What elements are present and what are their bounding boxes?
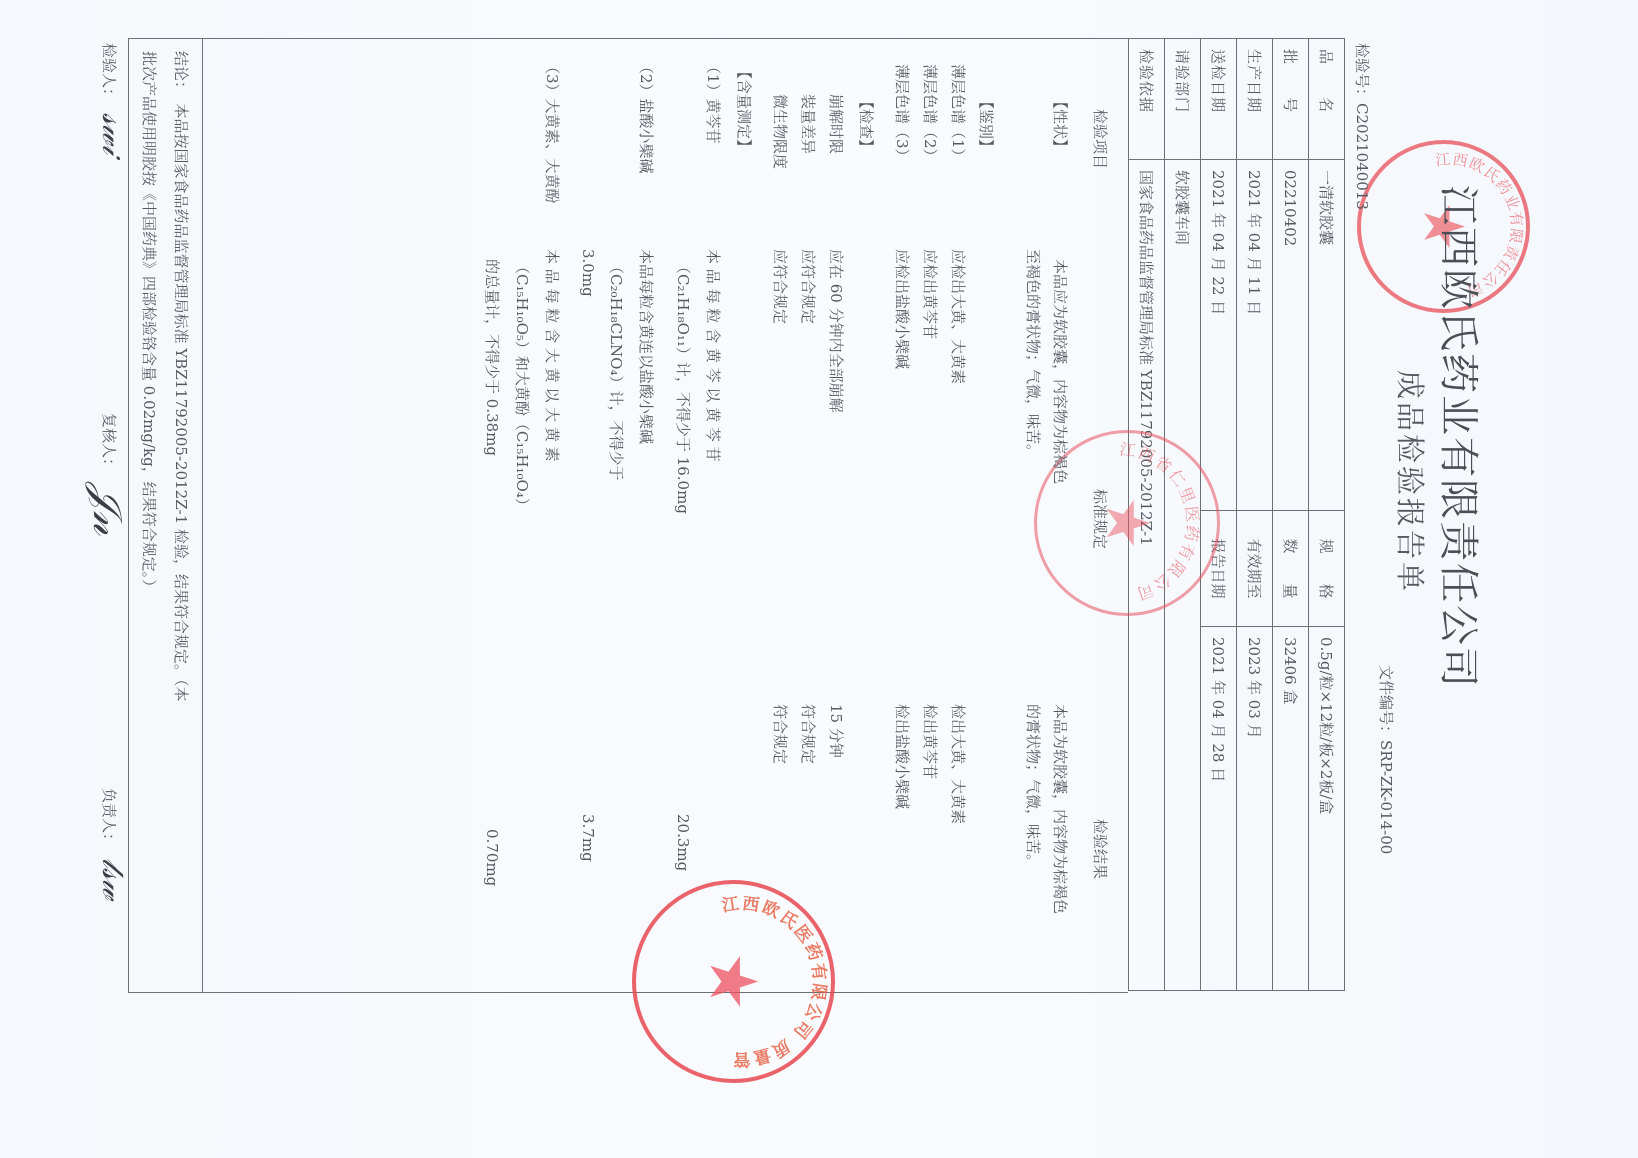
assay-item: （1）黄芩苷: [703, 59, 723, 144]
responsible-label: 负责人：: [99, 788, 120, 848]
insp-standard: 应符合规定: [798, 249, 818, 324]
id-result: 检出大黄、大黄素: [948, 704, 968, 824]
info-label: 品 名: [1309, 39, 1345, 160]
conclusion-line: 批次产品使用明胶按《中国药典》四部检验铬含量 0.02mg/kg，结果符合规定。…: [139, 51, 160, 594]
inspection-number: 检验号：C2021040013: [1352, 43, 1373, 210]
section-appearance: 【性状】: [1050, 94, 1070, 154]
assay-standard: （C₁₅H₁₀O₅）和大黄酚（C₁₅H₁₀O₄）: [512, 259, 532, 513]
info-value: 2021 年 04 月 28 日: [1201, 627, 1237, 991]
inspector-label: 检验人：: [99, 43, 120, 103]
appearance-standard: 至褐色的膏状物；气微，味苦。: [1023, 249, 1043, 459]
section-assay: 【含量测定】: [734, 64, 754, 154]
insp-standard: 应符合规定: [770, 249, 790, 324]
assay-standard: 本品每粒含黄连以盐酸小檗碱: [636, 249, 656, 444]
id-standard: 应检出盐酸小檗碱: [892, 249, 912, 369]
assay-standard: （C₂₁H₁₈O₁₁）计，不得少于 16.0mg: [673, 259, 693, 514]
id-standard: 应检出大黄、大黄素: [948, 249, 968, 384]
appearance-standard: 本品应为软胶囊，内容物为棕褐色: [1050, 259, 1070, 484]
inspection-report-page: 江西欧氏药业有限责任公司 ★ 江西欧氏药业有限责任公司 成品检验报告单 文件编号…: [50, 10, 1550, 1020]
insp-item: 微生物限度: [770, 94, 790, 169]
assay-result: 0.70mg: [482, 829, 502, 886]
info-label: 批 号: [1273, 39, 1309, 160]
reviewer-signature: 𝒥𝓃: [84, 483, 130, 535]
qa-seal-stamp: 江西欧氏医药有限公司 质量管理专用章 ★: [632, 880, 835, 1083]
id-item: 薄层色谱（3）: [892, 64, 912, 164]
appearance-result: 的膏状物；气微，味苦。: [1023, 704, 1043, 869]
assay-standard: 本 品 每 粒 含 黄 芩 以 黄 芩 苷: [703, 249, 723, 462]
id-result: 检出黄芩苷: [920, 704, 940, 779]
id-item: 薄层色谱（2）: [920, 64, 940, 164]
info-row: 批 号 02210402 数 量 32406 盒: [1273, 39, 1309, 991]
info-value: 2021 年 04 月 11 日: [1237, 160, 1273, 511]
reviewer-label: 复核人：: [99, 413, 120, 473]
insp-item: 崩解时限: [826, 94, 846, 154]
column-header-item: 检验项目: [1090, 109, 1110, 169]
info-label: 送检日期: [1201, 39, 1237, 160]
info-value: 02210402: [1273, 160, 1309, 511]
document-number-label: 文件编号：: [1377, 665, 1395, 740]
inspection-number-value: C2021040013: [1353, 103, 1371, 210]
assay-item: （3）大黄素、大黄酚: [542, 59, 562, 204]
insp-item: 装量差异: [798, 94, 818, 154]
appearance-result: 本品为软胶囊，内容物为棕褐色: [1050, 704, 1070, 914]
assay-standard: 的总量计，不得少于 0.38mg: [482, 259, 502, 456]
section-identification: 【鉴别】: [976, 94, 996, 154]
info-value: 32406 盒: [1273, 627, 1309, 991]
info-label: 请验部门: [1165, 39, 1201, 160]
assay-standard: 本 品 每 粒 含 大 黄 以 大 黄 素: [542, 249, 562, 462]
assay-item: （2）盐酸小檗碱: [636, 59, 656, 174]
conclusion-line: 结论： 本品按国家食品药品监督管理局标准 YBZ11792005-2012Z-1…: [171, 51, 192, 702]
section-inspection: 【检查】: [856, 94, 876, 154]
document-number-value: SRP-ZK-014-00: [1377, 740, 1395, 854]
company-name: 江西欧氏药业有限责任公司: [1433, 185, 1490, 689]
basis-label: 检验依据: [1129, 39, 1165, 160]
info-value: 2023 年 03 月: [1237, 627, 1273, 991]
conclusion-box: 结论： 本品按国家食品药品监督管理局标准 YBZ11792005-2012Z-1…: [128, 38, 203, 993]
insp-result: 符合规定: [770, 704, 790, 764]
info-value: 0.5g/粒×12粒/板×2板/盒: [1309, 627, 1345, 991]
assay-result: 3.7mg: [578, 814, 598, 862]
column-header-standard: 标准规定: [1090, 489, 1110, 549]
scanned-page-background: 江西欧氏药业有限责任公司 ★ 江西欧氏药业有限责任公司 成品检验报告单 文件编号…: [0, 0, 1638, 1158]
column-header-result: 检验结果: [1090, 819, 1110, 879]
info-label: 生产日期: [1237, 39, 1273, 160]
assay-standard: 3.0mg: [578, 249, 598, 297]
inspection-number-label: 检验号：: [1353, 43, 1371, 103]
insp-result: 15 分钟: [826, 704, 846, 758]
responsible-signature: 𝓁𝓈𝓌: [95, 858, 130, 900]
report-title: 成品检验报告单: [1391, 370, 1432, 594]
id-result: 检出盐酸小檗碱: [892, 704, 912, 809]
info-row: 品 名 一清软胶囊 规 格 0.5g/粒×12粒/板×2板/盒: [1309, 39, 1345, 991]
id-item: 薄层色谱（1）: [948, 64, 968, 164]
star-icon: ★: [695, 952, 772, 1011]
inspector-signature: 𝓈𝓌𝒾: [95, 113, 130, 155]
id-standard: 应检出黄芩苷: [920, 249, 940, 339]
inspection-items-table: 检验项目 标准规定 检验结果 【性状】 本品应为软胶囊，内容物为棕褐色 至褐色的…: [202, 38, 1128, 993]
document-number: 文件编号：SRP-ZK-014-00: [1376, 665, 1397, 854]
assay-result: 20.3mg: [673, 814, 693, 871]
info-label: 规 格: [1309, 511, 1345, 627]
insp-standard: 应在 60 分钟内全部崩解: [826, 249, 846, 413]
info-label: 有效期至: [1237, 511, 1273, 627]
insp-result: 符合规定: [798, 704, 818, 764]
assay-standard: （C₂₀H₁₈CLNO₄）计，不得少于: [606, 259, 626, 481]
signature-row: 检验人： 𝓈𝓌𝒾 复核人： 𝒥𝓃 负责人： 𝓁𝓈𝓌: [60, 43, 120, 993]
info-label: 数 量: [1273, 511, 1309, 627]
info-row: 生产日期 2021 年 04 月 11 日 有效期至 2023 年 03 月: [1237, 39, 1273, 991]
info-value: 一清软胶囊: [1309, 160, 1345, 511]
